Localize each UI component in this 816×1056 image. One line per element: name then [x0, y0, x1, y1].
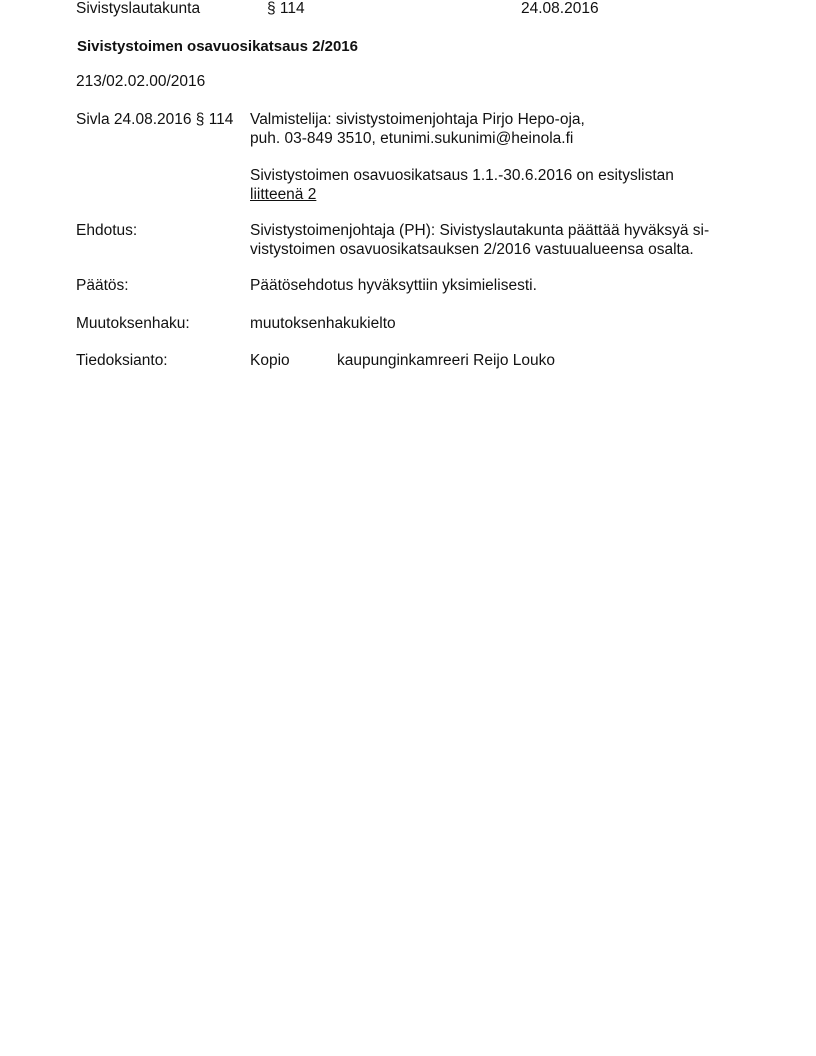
proposal-line2: vistystoimen osavuosikatsauksen 2/2016 v…: [250, 241, 694, 259]
diary-number: 213/02.02.00/2016: [76, 73, 205, 91]
header-date: 24.08.2016: [521, 0, 599, 18]
document-title: Sivistystoimen osavuosikatsaus 2/2016: [77, 38, 358, 56]
decision-label: Päätös:: [76, 277, 129, 295]
proposal-line1: Sivistystoimenjohtaja (PH): Sivistyslaut…: [250, 222, 709, 240]
notification-type: Kopio: [250, 352, 290, 370]
header-section: § 114: [267, 0, 305, 18]
preparer-line: Valmistelija: sivistystoimenjohtaja Pirj…: [250, 111, 585, 129]
decision-text: Päätösehdotus hyväksyttiin yksimielisest…: [250, 277, 537, 295]
notification-recipient: kaupunginkamreeri Reijo Louko: [337, 352, 555, 370]
proposal-label: Ehdotus:: [76, 222, 137, 240]
header-body: Sivistyslautakunta: [76, 0, 200, 18]
appeal-text: muutoksenhakukielto: [250, 315, 396, 333]
attachment-link[interactable]: liitteenä 2: [250, 186, 316, 204]
appeal-label: Muutoksenhaku:: [76, 315, 190, 333]
preparation-paragraph: Sivistystoimen osavuosikatsaus 1.1.-30.6…: [250, 167, 674, 185]
preparation-label: Sivla 24.08.2016 § 114: [76, 111, 233, 129]
preparer-contact: puh. 03-849 3510, etunimi.sukunimi@heino…: [250, 130, 573, 148]
notification-label: Tiedoksianto:: [76, 352, 168, 370]
